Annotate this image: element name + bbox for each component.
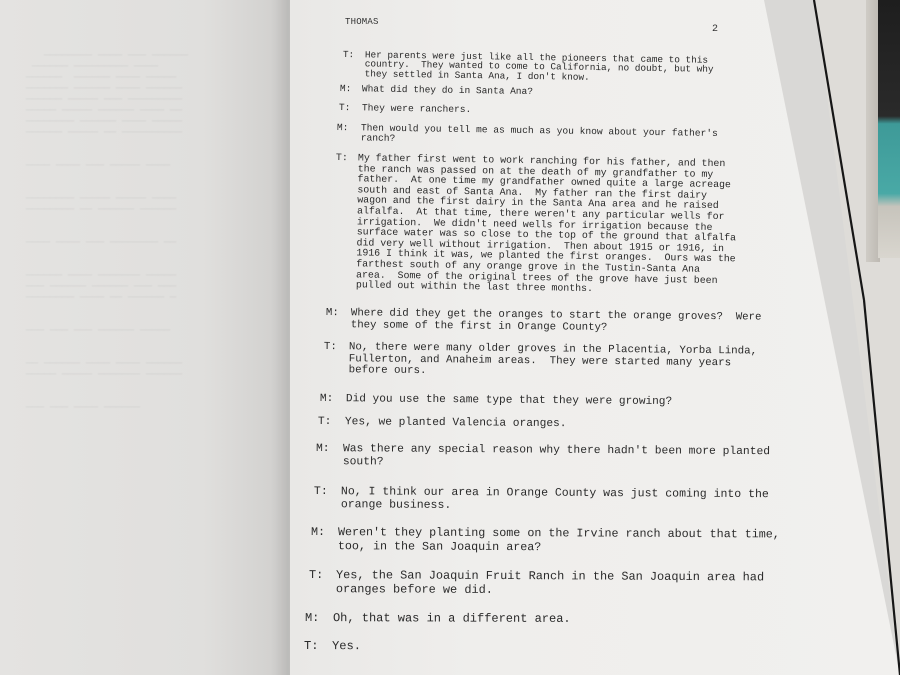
speaker-label: T: <box>336 153 348 164</box>
speaker-label: T: <box>304 639 319 653</box>
page-number: 2 <box>712 24 718 35</box>
utterance-text: Where did they get the oranges to start … <box>351 308 762 335</box>
utterance-text: Weren't they planting some on the Irvine… <box>338 526 780 555</box>
speaker-label: M: <box>316 443 330 456</box>
utterance-text: Her parents were just like all the pione… <box>365 50 714 84</box>
speaker-label: T: <box>343 50 354 60</box>
speaker-label: M: <box>311 526 325 540</box>
utterance-text: Oh, that was in a different area. <box>333 611 571 626</box>
utterance-text: Was there any special reason why there h… <box>343 443 770 471</box>
utterance-text: No, I think our area in Orange County wa… <box>341 485 769 514</box>
speaker-label: M: <box>320 393 333 405</box>
transcript: THOMAS 2 T:Her parents were just like al… <box>0 0 900 675</box>
speaker-label: T: <box>339 103 351 113</box>
utterance-text: Yes. <box>332 639 361 653</box>
utterance-text: No, there were many older groves in the … <box>349 342 758 381</box>
utterance-text: Yes, the San Joaquin Fruit Ranch in the … <box>336 569 764 599</box>
utterance-text: Did you use the same type that they were… <box>346 393 672 408</box>
speaker-label: T: <box>309 569 323 583</box>
utterance-text: My father first went to work ranching fo… <box>356 153 737 297</box>
utterance-text: Then would you tell me as much as you kn… <box>361 123 718 148</box>
speaker-label: M: <box>340 84 352 94</box>
utterance-text: Yes, we planted Valencia oranges. <box>345 416 567 430</box>
running-header: THOMAS <box>345 17 379 27</box>
speaker-label: M: <box>337 123 349 133</box>
speaker-label: T: <box>318 416 332 428</box>
speaker-label: T: <box>314 485 328 498</box>
speaker-label: M: <box>305 611 319 625</box>
utterance-text: What did they do in Santa Ana? <box>362 84 533 96</box>
utterance-text: They were ranchers. <box>362 103 472 114</box>
speaker-label: T: <box>324 342 337 354</box>
speaker-label: M: <box>326 308 339 320</box>
